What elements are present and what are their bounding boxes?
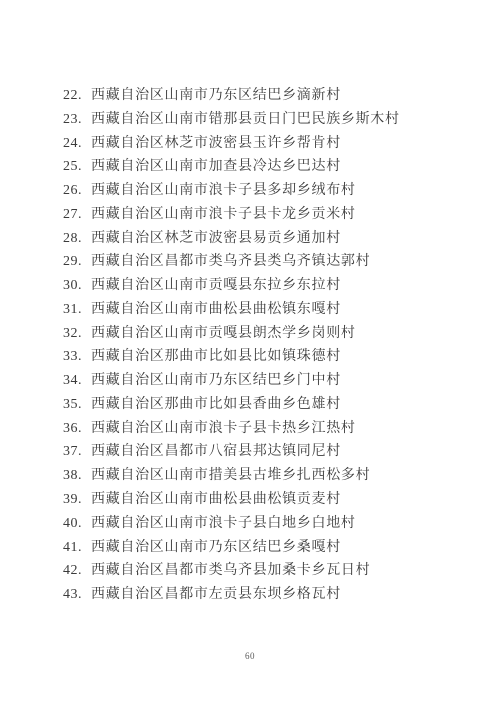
item-text: 西藏自治区昌都市八宿县邦达镇同尼村	[91, 444, 341, 459]
item-text: 西藏自治区山南市浪卡子县卡热乡江热村	[91, 421, 356, 436]
item-number: 35.	[63, 393, 91, 417]
item-number: 38.	[63, 464, 91, 488]
item-number: 41.	[63, 536, 91, 560]
item-number: 22.	[63, 84, 91, 108]
item-text: 西藏自治区山南市贡嘎县东拉乡东拉村	[91, 278, 341, 293]
item-number: 31.	[63, 298, 91, 322]
item-number: 24.	[63, 132, 91, 156]
list-item: 43.西藏自治区昌都市左贡县东坝乡格瓦村	[63, 583, 400, 607]
list-item: 37.西藏自治区昌都市八宿县邦达镇同尼村	[63, 440, 400, 464]
item-text: 西藏自治区林芝市波密县易贡乡通加村	[91, 231, 341, 246]
list-item: 32.西藏自治区山南市贡嘎县朗杰学乡岗则村	[63, 322, 400, 346]
list-item: 27.西藏自治区山南市浪卡子县卡龙乡贡米村	[63, 203, 400, 227]
item-number: 37.	[63, 440, 91, 464]
item-text: 西藏自治区山南市加查县冷达乡巴达村	[91, 159, 341, 174]
item-number: 39.	[63, 488, 91, 512]
item-number: 40.	[63, 512, 91, 536]
item-text: 西藏自治区山南市乃东区结巴乡桑嘎村	[91, 540, 341, 555]
item-text: 西藏自治区山南市浪卡子县白地乡白地村	[91, 516, 356, 531]
item-text: 西藏自治区那曲市比如县比如镇珠德村	[91, 349, 341, 364]
page-number: 60	[0, 651, 500, 661]
item-text: 西藏自治区山南市浪卡子县卡龙乡贡米村	[91, 207, 356, 222]
item-text: 西藏自治区山南市浪卡子县多却乡绒布村	[91, 183, 356, 198]
item-number: 33.	[63, 345, 91, 369]
item-number: 30.	[63, 274, 91, 298]
item-number: 25.	[63, 155, 91, 179]
list-item: 38.西藏自治区山南市措美县古堆乡扎西松多村	[63, 464, 400, 488]
item-number: 43.	[63, 583, 91, 607]
item-text: 西藏自治区昌都市类乌齐县加桑卡乡瓦日村	[91, 563, 370, 578]
list-item: 28.西藏自治区林芝市波密县易贡乡通加村	[63, 227, 400, 251]
item-number: 32.	[63, 322, 91, 346]
item-text: 西藏自治区山南市曲松县曲松镇贡麦村	[91, 492, 341, 507]
item-text: 西藏自治区山南市曲松县曲松镇东嘎村	[91, 302, 341, 317]
item-number: 28.	[63, 227, 91, 251]
list-item: 26.西藏自治区山南市浪卡子县多却乡绒布村	[63, 179, 400, 203]
item-text: 西藏自治区昌都市类乌齐县类乌齐镇达郭村	[91, 254, 370, 269]
list-item: 25.西藏自治区山南市加查县冷达乡巴达村	[63, 155, 400, 179]
list-item: 23.西藏自治区山南市错那县贡日门巴民族乡斯木村	[63, 108, 400, 132]
list-item: 30.西藏自治区山南市贡嘎县东拉乡东拉村	[63, 274, 400, 298]
item-number: 27.	[63, 203, 91, 227]
list-item: 35.西藏自治区那曲市比如县香曲乡色雄村	[63, 393, 400, 417]
village-list: 22.西藏自治区山南市乃东区结巴乡滴新村 23.西藏自治区山南市错那县贡日门巴民…	[63, 84, 400, 607]
list-item: 34.西藏自治区山南市乃东区结巴乡门中村	[63, 369, 400, 393]
list-item: 24.西藏自治区林芝市波密县玉许乡帮肯村	[63, 132, 400, 156]
item-text: 西藏自治区山南市错那县贡日门巴民族乡斯木村	[91, 112, 400, 127]
list-item: 40.西藏自治区山南市浪卡子县白地乡白地村	[63, 512, 400, 536]
item-number: 34.	[63, 369, 91, 393]
item-number: 36.	[63, 417, 91, 441]
item-number: 23.	[63, 108, 91, 132]
list-item: 29.西藏自治区昌都市类乌齐县类乌齐镇达郭村	[63, 250, 400, 274]
item-text: 西藏自治区那曲市比如县香曲乡色雄村	[91, 397, 341, 412]
item-text: 西藏自治区山南市贡嘎县朗杰学乡岗则村	[91, 326, 356, 341]
list-item: 33.西藏自治区那曲市比如县比如镇珠德村	[63, 345, 400, 369]
item-text: 西藏自治区山南市乃东区结巴乡门中村	[91, 373, 341, 388]
item-text: 西藏自治区山南市乃东区结巴乡滴新村	[91, 88, 341, 103]
list-item: 31.西藏自治区山南市曲松县曲松镇东嘎村	[63, 298, 400, 322]
item-number: 29.	[63, 250, 91, 274]
item-text: 西藏自治区林芝市波密县玉许乡帮肯村	[91, 136, 341, 151]
list-item: 41.西藏自治区山南市乃东区结巴乡桑嘎村	[63, 536, 400, 560]
list-item: 22.西藏自治区山南市乃东区结巴乡滴新村	[63, 84, 400, 108]
item-text: 西藏自治区昌都市左贡县东坝乡格瓦村	[91, 587, 341, 602]
list-item: 42.西藏自治区昌都市类乌齐县加桑卡乡瓦日村	[63, 559, 400, 583]
item-text: 西藏自治区山南市措美县古堆乡扎西松多村	[91, 468, 370, 483]
list-item: 36.西藏自治区山南市浪卡子县卡热乡江热村	[63, 417, 400, 441]
document-page: 22.西藏自治区山南市乃东区结巴乡滴新村 23.西藏自治区山南市错那县贡日门巴民…	[0, 0, 500, 707]
list-item: 39.西藏自治区山南市曲松县曲松镇贡麦村	[63, 488, 400, 512]
item-number: 42.	[63, 559, 91, 583]
item-number: 26.	[63, 179, 91, 203]
